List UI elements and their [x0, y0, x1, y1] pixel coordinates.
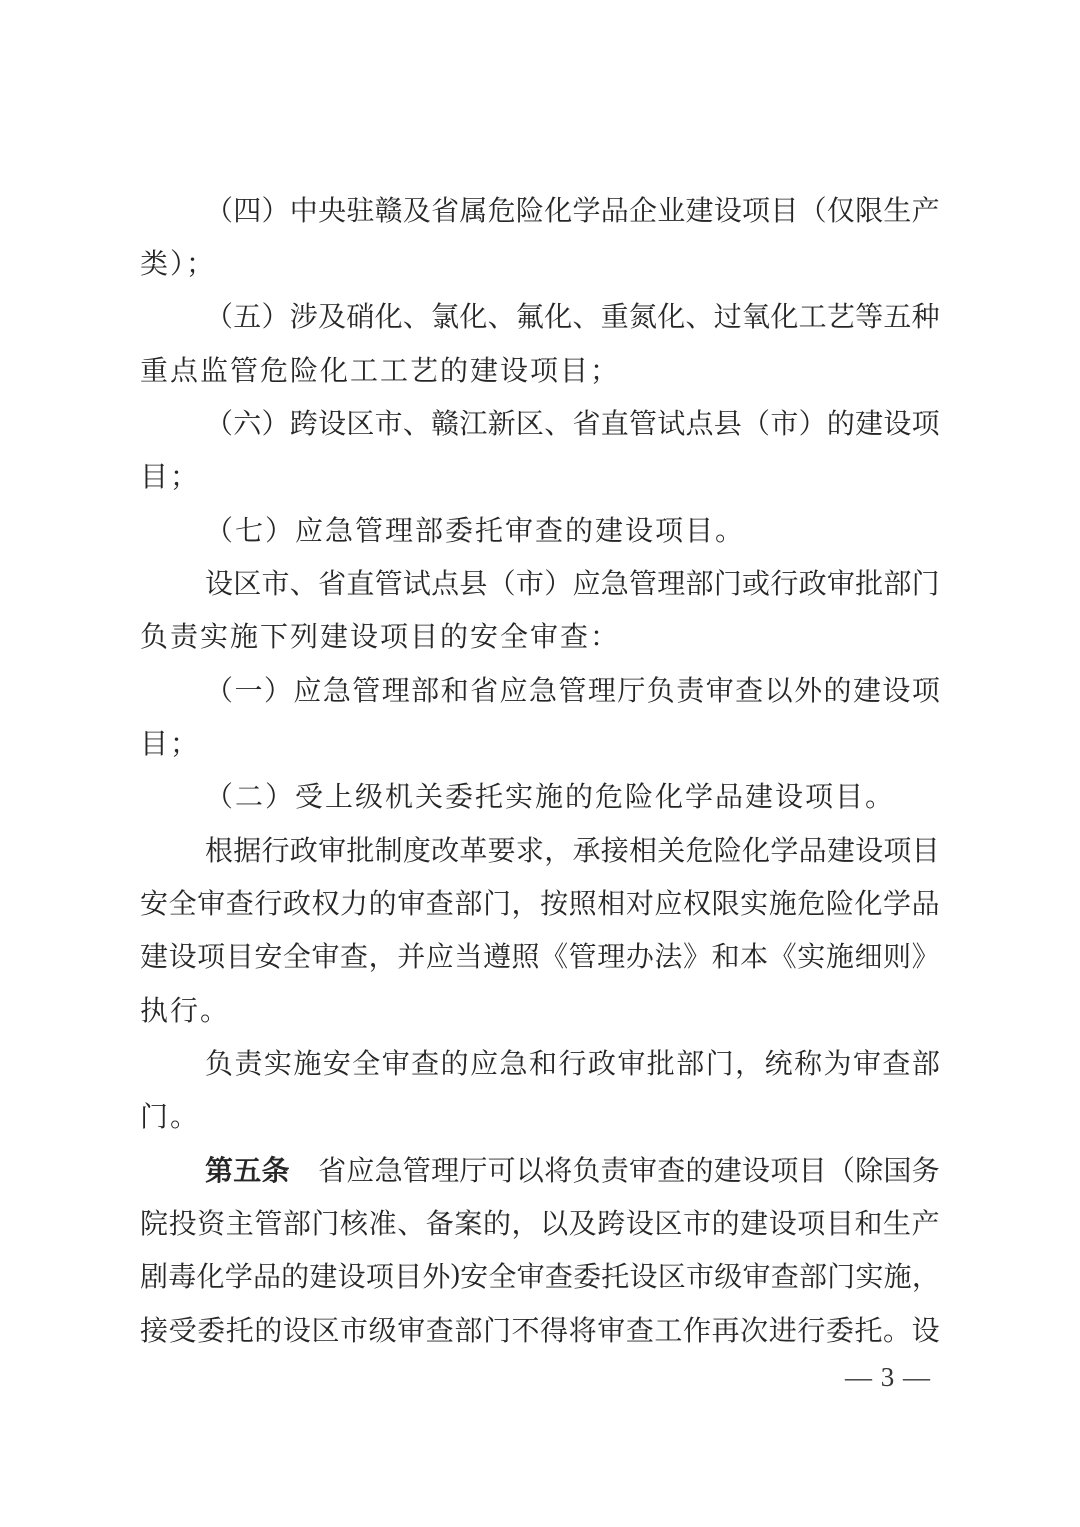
- document-character: 种: [912, 295, 940, 335]
- document-character: 实: [855, 1255, 883, 1295]
- document-character: 产: [912, 1202, 940, 1242]
- document-line: 负责实施下列建设项目的安全审查：: [140, 609, 940, 662]
- document-character: 得: [540, 1309, 568, 1349]
- document-character: 直: [346, 562, 374, 602]
- document-character: 法: [654, 935, 682, 975]
- document-character: 、: [403, 295, 431, 335]
- document-character: 要: [488, 829, 516, 869]
- document-character: 门: [311, 1202, 339, 1242]
- document-character: 全: [169, 882, 197, 922]
- document-character: 项: [912, 402, 940, 442]
- document-character: 、: [686, 295, 714, 335]
- document-character: 一: [234, 669, 262, 709]
- document-line: （二）受上级机关委托实施的危险化学品建设项目。: [140, 769, 940, 822]
- document-character: 省: [470, 669, 498, 709]
- document-character: 管: [629, 562, 657, 602]
- document-character: 的: [254, 1309, 282, 1349]
- document-character: 照: [569, 882, 597, 922]
- document-character: 的: [686, 1149, 714, 1189]
- document-character: 外: [794, 669, 822, 709]
- document-character: 急: [529, 669, 557, 709]
- document-character: 四: [233, 189, 261, 229]
- document-character: 相: [597, 882, 625, 922]
- document-character: 五: [883, 295, 911, 335]
- document-character: 全: [352, 1042, 380, 1082]
- document-character: 化: [742, 829, 770, 869]
- document-character: 省: [318, 562, 346, 602]
- document-character: 目: [799, 1149, 827, 1189]
- document-character: 以: [765, 669, 793, 709]
- document-line: （四）中央驻赣及省属危险化学品企业建设项目（仅限生产: [140, 182, 940, 235]
- document-character: 等: [855, 295, 883, 335]
- document-character: 工: [799, 295, 827, 335]
- document-character: 急: [601, 562, 629, 602]
- document-character: 省: [318, 1149, 346, 1189]
- document-character: 查: [426, 1309, 454, 1349]
- document-character: 遵: [483, 935, 511, 975]
- document-character: 项: [797, 1202, 825, 1242]
- document-character: 目: [770, 189, 798, 229]
- document-character: 主: [226, 1202, 254, 1242]
- document-character: 审: [397, 882, 425, 922]
- document-character: 部: [283, 1202, 311, 1242]
- document-character: 跨: [597, 1202, 625, 1242]
- document-character: ，: [544, 829, 572, 869]
- document-character: 目: [826, 1202, 854, 1242]
- document-character: 负: [572, 1149, 600, 1189]
- document-character: 省: [431, 189, 459, 229]
- document-character: 据: [233, 829, 261, 869]
- document-character: 革: [459, 829, 487, 869]
- document-character: 的: [712, 1202, 740, 1242]
- document-character: ，: [735, 1042, 763, 1082]
- document-character: 属: [459, 189, 487, 229]
- document-character: 院: [140, 1202, 168, 1242]
- document-character: 部: [883, 562, 911, 602]
- document-character: 硝: [346, 295, 374, 335]
- document-character: 涉: [290, 295, 318, 335]
- document-character: 应: [293, 669, 321, 709]
- document-character: 、: [397, 1202, 425, 1242]
- document-character: 的: [369, 882, 397, 922]
- document-character: 审: [629, 1149, 657, 1189]
- document-character: 设: [338, 1255, 366, 1295]
- document-character: 政: [588, 1042, 616, 1082]
- document-character: 县: [459, 562, 487, 602]
- document-character: 接: [601, 829, 629, 869]
- document-character: ）: [262, 295, 290, 335]
- document-character: 实: [264, 1042, 292, 1082]
- document-character: 除: [855, 1149, 883, 1189]
- document-character: 作: [683, 1309, 711, 1349]
- document-character: 务: [912, 1149, 940, 1189]
- document-character: 化: [375, 295, 403, 335]
- document-character: 负: [647, 669, 675, 709]
- document-line: 目；: [140, 449, 940, 502]
- document-line: 负责实施安全审查的应急和行政审批部门，统称为审查部: [140, 1035, 940, 1088]
- document-line: 剧毒化学品的建设项目外)安全审查委托设区市级审查部门实施，: [140, 1249, 940, 1302]
- document-character: 设: [318, 402, 346, 442]
- document-character: 审: [706, 669, 734, 709]
- document-character: 投: [169, 1202, 197, 1242]
- document-character: 学: [883, 882, 911, 922]
- document-character: 厅: [617, 669, 645, 709]
- document-character: 查: [626, 1309, 654, 1349]
- document-character: 设: [714, 189, 742, 229]
- document-character: 应: [500, 669, 528, 709]
- document-character: 进: [769, 1309, 797, 1349]
- document-character: 批: [855, 562, 883, 602]
- document-character: 查: [340, 935, 368, 975]
- document-character: 理: [431, 1149, 459, 1189]
- document-character: 设: [855, 829, 883, 869]
- document-character: 对: [626, 882, 654, 922]
- document-character: 承: [572, 829, 600, 869]
- document-character: 查: [771, 1255, 799, 1295]
- document-character: 行: [262, 829, 290, 869]
- document-character: 委: [197, 1309, 225, 1349]
- document-character: （: [205, 189, 233, 229]
- document-character: 施: [769, 882, 797, 922]
- document-character: 门: [912, 562, 940, 602]
- document-character: 办: [626, 935, 654, 975]
- document-character: 限: [855, 189, 883, 229]
- document-character: 委: [573, 1255, 601, 1295]
- document-character: ）: [262, 402, 290, 442]
- document-character: 《: [540, 935, 568, 975]
- document-character: 制: [375, 829, 403, 869]
- document-character: 的: [483, 1202, 511, 1242]
- document-character: 艺: [827, 295, 855, 335]
- document-text-segment: 类）；: [140, 242, 216, 282]
- document-character: 的: [827, 402, 855, 442]
- document-character: 理: [597, 935, 625, 975]
- document-character: 直: [601, 402, 629, 442]
- document-character: 设: [742, 1149, 770, 1189]
- document-character: 》: [683, 935, 711, 975]
- document-body: （四）中央驻赣及省属危险化学品企业建设项目（仅限生产类）；（五）涉及硝化、氯化、…: [140, 182, 940, 1355]
- document-character: 央: [318, 189, 346, 229]
- document-character: 剧: [140, 1255, 168, 1295]
- document-character: 条: [262, 1149, 290, 1189]
- document-character: ，: [512, 1202, 540, 1242]
- document-character: 、: [290, 562, 318, 602]
- document-character: 氯: [431, 295, 459, 335]
- document-character: 以: [516, 1149, 544, 1189]
- document-character: 求: [516, 829, 544, 869]
- document-character: 品: [253, 1255, 281, 1295]
- document-character: 目: [226, 935, 254, 975]
- document-character: 力: [340, 882, 368, 922]
- document-character: ，: [369, 935, 397, 975]
- document-character: 级: [369, 1309, 397, 1349]
- document-character: （: [742, 402, 770, 442]
- document-character: 备: [426, 1202, 454, 1242]
- document-character: 试: [657, 402, 685, 442]
- document-character: 当: [454, 935, 482, 975]
- document-character: 急: [375, 1149, 403, 1189]
- document-character: 设: [283, 1309, 311, 1349]
- document-character: 目: [912, 829, 940, 869]
- document-character: 托: [854, 1309, 882, 1349]
- document-line: 执行。: [140, 982, 940, 1035]
- document-character: [290, 1149, 318, 1189]
- document-line: 院投资主管部门核准、备案的，以及跨设区市的建设项目和生产: [140, 1195, 940, 1248]
- document-character: 施: [826, 935, 854, 975]
- document-character: 案: [454, 1202, 482, 1242]
- document-character: 区: [311, 1309, 339, 1349]
- document-character: 的: [824, 669, 852, 709]
- document-character: 化: [770, 295, 798, 335]
- document-character: 应: [346, 1149, 374, 1189]
- document-line: 接受委托的设区市级审查部门不得将审查工作再次进行委托。设: [140, 1302, 940, 1355]
- document-character: 部: [454, 882, 482, 922]
- document-character: 化: [196, 1255, 224, 1295]
- document-character: 门: [714, 562, 742, 602]
- document-character: 点: [686, 402, 714, 442]
- document-character: 照: [512, 935, 540, 975]
- document-character: 市: [340, 1309, 368, 1349]
- document-character: 设: [912, 1309, 940, 1349]
- document-line: 安全审查行政权力的审查部门，按照相对应权限实施危险化学品: [140, 875, 940, 928]
- document-character: 急: [323, 669, 351, 709]
- document-character: 部: [676, 1042, 704, 1082]
- document-character: 部: [454, 1309, 482, 1349]
- document-character: 理: [382, 669, 410, 709]
- document-character: 或: [742, 562, 770, 602]
- document-character: 建: [853, 669, 881, 709]
- document-character: 权: [683, 882, 711, 922]
- document-character: 氧: [742, 295, 770, 335]
- document-character: 改: [431, 829, 459, 869]
- document-character: 管: [254, 1202, 282, 1242]
- document-character: 的: [441, 1042, 469, 1082]
- document-character: 险: [826, 882, 854, 922]
- document-text-segment: （七）应急管理部委托审查的建设项目。: [205, 509, 745, 549]
- document-character: 政: [290, 829, 318, 869]
- document-character: 将: [569, 1309, 597, 1349]
- document-character: 负: [205, 1042, 233, 1082]
- document-character: 品: [912, 882, 940, 922]
- document-character: 险: [714, 829, 742, 869]
- document-character: 危: [797, 882, 825, 922]
- document-character: 责: [676, 669, 704, 709]
- document-character: 审: [397, 1309, 425, 1349]
- document-character: 区: [654, 1202, 682, 1242]
- document-character: 查: [226, 882, 254, 922]
- document-character: 责: [601, 1149, 629, 1189]
- document-character: 建: [740, 1202, 768, 1242]
- document-character: 及: [403, 189, 431, 229]
- document-character: 设: [626, 1202, 654, 1242]
- document-character: 业: [657, 189, 685, 229]
- document-character: 、: [544, 402, 572, 442]
- document-character: 建: [855, 402, 883, 442]
- document-line: （六）跨设区市、赣江新区、省直管试点县（市）的建设项: [140, 395, 940, 448]
- document-character: 学: [225, 1255, 253, 1295]
- document-character: 和: [441, 669, 469, 709]
- document-character: 将: [544, 1149, 572, 1189]
- document-character: ): [451, 1259, 460, 1291]
- document-character: 化: [459, 295, 487, 335]
- document-character: 化: [544, 189, 572, 229]
- document-character: 仅: [827, 189, 855, 229]
- document-character: 学: [770, 829, 798, 869]
- document-character: 项: [197, 935, 225, 975]
- document-line: 门。: [140, 1089, 940, 1142]
- document-character: 设: [205, 562, 233, 602]
- document-character: 项: [912, 669, 940, 709]
- document-character: 江: [459, 402, 487, 442]
- document-character: 理: [588, 669, 616, 709]
- document-character: 应: [470, 1042, 498, 1082]
- document-character: （: [205, 402, 233, 442]
- document-character: 危: [488, 189, 516, 229]
- document-character: （: [205, 295, 233, 335]
- document-character: 审: [318, 829, 346, 869]
- document-character: 本: [740, 935, 768, 975]
- document-character: 市: [770, 402, 798, 442]
- document-line: 类）；: [140, 235, 940, 288]
- document-character: 部: [912, 1042, 940, 1082]
- document-character: 市: [683, 1202, 711, 1242]
- document-character: 次: [740, 1309, 768, 1349]
- document-character: 审: [382, 1042, 410, 1082]
- document-character: 全: [488, 1255, 516, 1295]
- document-character: 区: [346, 402, 374, 442]
- document-character: 第: [205, 1149, 233, 1189]
- document-character: 目: [394, 1255, 422, 1295]
- document-character: ）: [264, 669, 292, 709]
- document-character: 设: [169, 935, 197, 975]
- document-character: 跨: [290, 402, 318, 442]
- document-text-segment: 负责实施下列建设项目的安全审查：: [140, 615, 620, 655]
- document-character: ，: [912, 1255, 940, 1295]
- document-character: 《: [769, 935, 797, 975]
- document-character: 行: [558, 1042, 586, 1082]
- document-character: 不: [512, 1309, 540, 1349]
- document-line: 根据行政审批制度改革要求，承接相关危险化学品建设项目: [140, 822, 940, 875]
- document-character: 建: [714, 1149, 742, 1189]
- document-character: 审: [311, 935, 339, 975]
- document-character: 管: [352, 669, 380, 709]
- document-character: 市: [262, 562, 290, 602]
- document-character: 区: [516, 402, 544, 442]
- document-character: 及: [569, 1202, 597, 1242]
- document-text-segment: 目；: [140, 455, 200, 495]
- document-character: 实: [740, 882, 768, 922]
- document-line: （七）应急管理部委托审查的建设项目。: [140, 502, 940, 555]
- document-character: 批: [647, 1042, 675, 1082]
- document-character: 。: [883, 1309, 911, 1349]
- document-character: 氟: [516, 295, 544, 335]
- document-character: 建: [140, 935, 168, 975]
- document-character: 和: [854, 1202, 882, 1242]
- document-character: 关: [657, 829, 685, 869]
- document-line: 重点监管危险化工工艺的建设项目；: [140, 342, 940, 395]
- document-character: 称: [794, 1042, 822, 1082]
- page-number: — 3 —: [845, 1362, 955, 1393]
- document-line: （一）应急管理部和省应急管理厅负责审查以外的建设项: [140, 662, 940, 715]
- document-character: 急: [500, 1042, 528, 1082]
- document-character: 学: [572, 189, 600, 229]
- document-character: 、: [572, 295, 600, 335]
- document-line: 目；: [140, 715, 940, 768]
- document-character: 查: [735, 669, 763, 709]
- document-character: 赣: [375, 189, 403, 229]
- document-character: 化: [657, 295, 685, 335]
- document-text-segment: 重点监管危险化工工艺的建设项目；: [140, 349, 620, 389]
- document-character: 责: [234, 1042, 262, 1082]
- document-character: 部: [799, 1255, 827, 1295]
- document-character: 新: [488, 402, 516, 442]
- document-character: 建: [309, 1255, 337, 1295]
- document-character: 点: [431, 562, 459, 602]
- document-character: 政: [799, 562, 827, 602]
- document-line: 设区市、省直管试点县（市）应急管理部门或行政审批部门: [140, 555, 940, 608]
- document-character: 化: [544, 295, 572, 335]
- document-character: 品: [799, 829, 827, 869]
- document-character: 施: [293, 1042, 321, 1082]
- document-character: 查: [882, 1042, 910, 1082]
- document-character: 审: [853, 1042, 881, 1082]
- document-character: 外: [422, 1255, 450, 1295]
- document-character: 细: [854, 935, 882, 975]
- document-character: 施: [884, 1255, 912, 1295]
- document-character: 市: [516, 562, 544, 602]
- document-text-segment: 执行。: [140, 989, 230, 1029]
- document-character: 以: [540, 1202, 568, 1242]
- document-character: 管: [629, 402, 657, 442]
- document-character: 门: [827, 1255, 855, 1295]
- document-character: ，: [512, 882, 540, 922]
- document-page: （四）中央驻赣及省属危险化学品企业建设项目（仅限生产类）；（五）涉及硝化、氯化、…: [0, 0, 1080, 1527]
- document-character: 毒: [168, 1255, 196, 1295]
- document-character: 托: [226, 1309, 254, 1349]
- document-character: 根: [205, 829, 233, 869]
- document-character: 厅: [459, 1149, 487, 1189]
- document-character: 险: [516, 189, 544, 229]
- document-text-segment: 门。: [140, 1095, 200, 1135]
- document-character: 生: [883, 189, 911, 229]
- document-line: （五）涉及硝化、氯化、氟化、重氮化、过氧化工艺等五种: [140, 289, 940, 342]
- document-character: 托: [601, 1255, 629, 1295]
- document-character: 资: [197, 1202, 225, 1242]
- document-character: 设: [630, 1255, 658, 1295]
- document-character: 项: [770, 1149, 798, 1189]
- document-character: 部: [686, 562, 714, 602]
- document-character: ）: [262, 189, 290, 229]
- document-character: 设: [769, 1202, 797, 1242]
- document-character: （: [827, 1149, 855, 1189]
- document-character: 查: [426, 882, 454, 922]
- document-character: （: [488, 562, 516, 602]
- document-character: 准: [369, 1202, 397, 1242]
- document-character: 审: [197, 882, 225, 922]
- document-line: 第五条 省应急管理厅可以将负责审查的建设项目（除国务: [140, 1142, 940, 1195]
- document-character: 受: [169, 1309, 197, 1349]
- document-character: 试: [403, 562, 431, 602]
- document-character: 度: [403, 829, 431, 869]
- document-character: 可: [488, 1149, 516, 1189]
- document-character: 门: [483, 882, 511, 922]
- document-character: 委: [826, 1309, 854, 1349]
- document-character: 国: [883, 1149, 911, 1189]
- document-character: 重: [601, 295, 629, 335]
- document-character: 区: [658, 1255, 686, 1295]
- document-character: 县: [714, 402, 742, 442]
- document-character: 管: [558, 669, 586, 709]
